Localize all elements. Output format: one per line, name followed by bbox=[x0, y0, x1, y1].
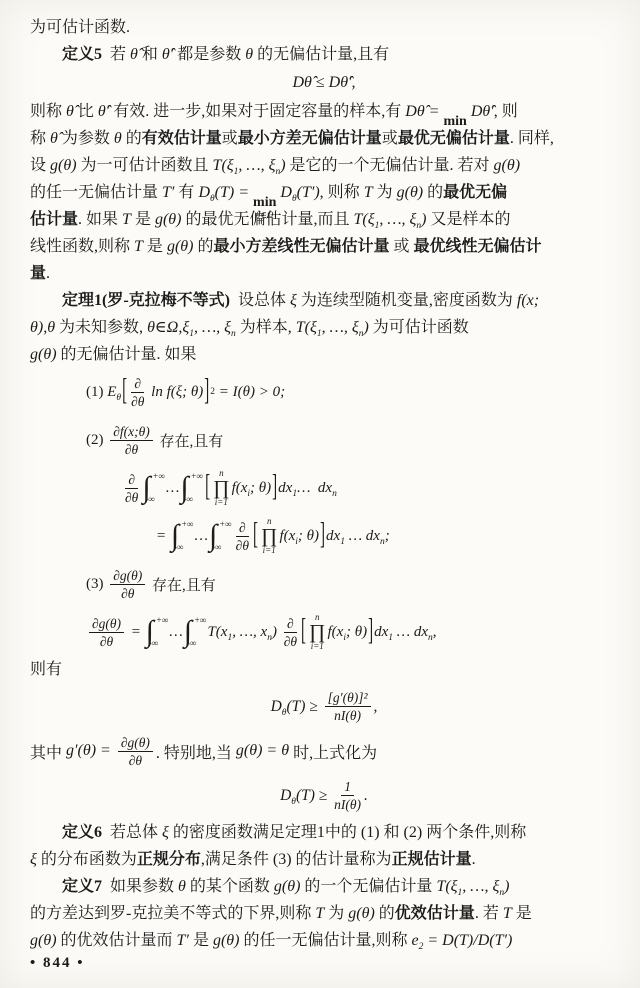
text: 的密度函数满足定理1中的 (1) 和 (2) 两个条件,则称 bbox=[169, 824, 526, 841]
formula-line: Dθ(T) ≥ 1nI(θ). bbox=[30, 772, 618, 819]
math-text: Dθ bbox=[280, 787, 296, 805]
math-text: … dxn bbox=[393, 624, 433, 641]
bold-text: 定义7 bbox=[62, 878, 102, 895]
math-text: (T′) bbox=[297, 184, 320, 201]
math-text: , …, ξn bbox=[194, 319, 236, 336]
text: 是 bbox=[143, 238, 167, 255]
math-text: g(θ) bbox=[155, 211, 182, 228]
math-text: T′ bbox=[177, 932, 189, 949]
math-text: , bbox=[374, 698, 378, 716]
math-text: dx1 bbox=[326, 528, 345, 545]
formula-line: ∂∂θ∫+∞-∞…∫+∞-∞[n∏i=1f(xi; θ)]dx1… dxn bbox=[122, 464, 618, 512]
upper-limit: +∞ bbox=[194, 616, 207, 625]
fraction: ∂∂θ bbox=[125, 472, 138, 505]
math-text: … bbox=[169, 624, 182, 641]
text-line: 定义5 若 θ̂ 和 θ̂′ 都是参数 θ 的无偏估计量,且有 bbox=[30, 41, 618, 68]
math-text: … bbox=[166, 480, 179, 497]
text: 为参数 bbox=[58, 130, 114, 147]
math-text: θ bbox=[245, 46, 253, 63]
bracket: ] bbox=[367, 624, 374, 641]
math-text: ) bbox=[272, 624, 281, 641]
fraction-numerator: ∂ bbox=[284, 616, 297, 633]
math-text: T(ξ1 bbox=[436, 878, 462, 895]
math-text: g′(θ) = bbox=[66, 742, 115, 760]
integral: ∫+∞-∞ bbox=[142, 472, 165, 504]
text: 的优效估计量而 bbox=[57, 932, 177, 949]
document-content: 为可估计函数.定义5 若 θ̂ 和 θ̂′ 都是参数 θ 的无偏估计量,且有Dθ… bbox=[0, 0, 640, 954]
bracket-glyph: ] bbox=[320, 519, 325, 554]
text: (1) bbox=[86, 384, 107, 401]
math-text: ; bbox=[385, 528, 390, 545]
text: 若 bbox=[102, 46, 130, 63]
text: 又是样本的 bbox=[426, 211, 510, 228]
math-text: e2 bbox=[411, 932, 423, 949]
math-text: T(ξ1 bbox=[353, 211, 379, 228]
math-text: θ̂ bbox=[50, 130, 58, 147]
integral-limits: +∞-∞ bbox=[217, 520, 232, 552]
text: 的任一无偏估计量 bbox=[30, 184, 162, 201]
text: . bbox=[46, 265, 50, 282]
fraction: ∂g(θ)∂θ bbox=[89, 616, 124, 649]
fraction-denominator: ∂θ bbox=[121, 585, 134, 601]
text: 则有 bbox=[30, 661, 62, 678]
math-text: ξ bbox=[162, 824, 169, 841]
math-text: g(θ) bbox=[50, 157, 77, 174]
text: 的方差达到罗-克拉美不等式的下界,则称 bbox=[30, 905, 315, 922]
text: 的 bbox=[122, 130, 142, 147]
math-text: ξ bbox=[290, 292, 297, 309]
math-text: ln f(ξ; θ) bbox=[147, 384, 203, 401]
math-text: Dθ̂′ bbox=[467, 103, 494, 120]
math-text: g(θ) bbox=[494, 157, 521, 174]
integral: ∫+∞-∞ bbox=[180, 472, 203, 504]
math-text: dx1 bbox=[278, 480, 297, 497]
fraction-numerator: [g′(θ)]² bbox=[325, 690, 371, 707]
bracket-glyph: [ bbox=[205, 471, 210, 506]
math-text: , …, ξn bbox=[238, 157, 280, 174]
fraction: ∂∂θ bbox=[284, 616, 297, 649]
upper-limit: +∞ bbox=[219, 520, 232, 529]
bracket-glyph: ] bbox=[204, 375, 209, 410]
text: 的最优无偏估计量,而且 bbox=[181, 211, 353, 228]
math-text: Dθ bbox=[276, 184, 296, 201]
bold-text: 优效估计量 bbox=[395, 905, 475, 922]
integral-limits: +∞-∞ bbox=[151, 472, 166, 504]
fraction-numerator: ∂g(θ) bbox=[118, 735, 153, 752]
bold-text: 最优无偏估计量 bbox=[398, 130, 510, 147]
bold-text: 正规分布 bbox=[137, 851, 201, 868]
integral: ∫+∞-∞ bbox=[171, 520, 194, 552]
subscript: 1 bbox=[317, 329, 322, 339]
upper-limit: +∞ bbox=[181, 520, 194, 529]
bold-text: 正规估计量 bbox=[392, 851, 472, 868]
text-line: g(θ) 的优效估计量而 T′ 是 g(θ) 的任一无偏估计量,则称 e2 = … bbox=[30, 927, 618, 954]
bold-text: 最小方差线性无偏估计量 bbox=[213, 238, 389, 255]
math-text: T bbox=[122, 211, 131, 228]
text: 或 bbox=[382, 130, 398, 147]
formula-line: (2) ∂f(x;θ)∂θ 存在,且有 bbox=[86, 416, 618, 464]
fraction-numerator: ∂ bbox=[236, 520, 249, 537]
text-line: 的方差达到罗-克拉美不等式的下界,则称 T 为 g(θ) 的优效估计量. 若 T… bbox=[30, 900, 618, 927]
text: 是它的一个无偏估计量. 若对 bbox=[286, 157, 494, 174]
math-text: = D(T)/D(T′) bbox=[423, 932, 512, 949]
formula-line: (3) ∂g(θ)∂θ 存在,且有 bbox=[86, 560, 618, 608]
text-line: 为可估计函数. bbox=[30, 14, 618, 41]
math-text: g(θ) bbox=[30, 932, 57, 949]
bold-text: 最小方差无偏估计量 bbox=[238, 130, 382, 147]
lower-limit: -∞ bbox=[184, 495, 204, 504]
text-line: 的任一无偏估计量 T′ 有 Dθ(T) = minθ∈Ω Dθ(T′), 则称 … bbox=[30, 179, 618, 206]
text-line: 定义6 若总体 ξ 的密度函数满足定理1中的 (1) 和 (2) 两个条件,则称 bbox=[30, 819, 618, 846]
math-text: θ bbox=[178, 878, 186, 895]
math-text: T bbox=[364, 184, 373, 201]
text: 则称 bbox=[30, 103, 66, 120]
text: 设总体 bbox=[230, 292, 290, 309]
bracket: [ bbox=[252, 528, 259, 545]
math-text: … dxn bbox=[345, 528, 385, 545]
bold-text: 量 bbox=[30, 265, 46, 282]
text: 是 bbox=[512, 905, 532, 922]
product-glyph: ∏ bbox=[213, 478, 229, 498]
math-text: dx1 bbox=[374, 624, 393, 641]
fraction: ∂∂θ bbox=[236, 520, 249, 553]
bold-text: 有效估计量 bbox=[142, 130, 222, 147]
text: 如果参数 bbox=[102, 878, 178, 895]
text: 的任一无偏估计量,则称 bbox=[239, 932, 411, 949]
math-text: (T) ≥ bbox=[286, 698, 321, 716]
integral-limits: +∞-∞ bbox=[192, 616, 207, 648]
text-line: 定理1(罗-克拉梅不等式) 设总体 ξ 为连续型随机变量,密度函数为 f(x; bbox=[30, 287, 618, 314]
math-text: , …, xn bbox=[232, 624, 272, 641]
math-text: f(xi bbox=[232, 480, 250, 497]
math-text: g(θ) bbox=[30, 346, 57, 363]
text: 比 bbox=[74, 103, 98, 120]
text: 或 bbox=[222, 130, 238, 147]
text: 的一个无偏估计量 bbox=[300, 878, 436, 895]
text: (2) bbox=[86, 432, 107, 449]
math-text: f(xi bbox=[279, 528, 297, 545]
text: 为一可估计函数且 bbox=[77, 157, 213, 174]
fraction-denominator: ∂θ bbox=[284, 633, 297, 649]
integral: ∫+∞-∞ bbox=[209, 520, 232, 552]
text: . 特别地,当 bbox=[156, 740, 236, 763]
fraction-denominator: ∂θ bbox=[131, 393, 144, 409]
text: ,满足条件 (3) 的估计量称为 bbox=[201, 851, 392, 868]
product-lower: i=1 bbox=[215, 498, 228, 507]
fraction-numerator: ∂ bbox=[125, 472, 138, 489]
fraction: ∂g(θ)∂θ bbox=[118, 735, 153, 768]
fraction-numerator: ∂g(θ) bbox=[110, 568, 145, 585]
text: 为连续型随机变量,密度函数为 bbox=[297, 292, 517, 309]
math-text: , …, ξn bbox=[379, 211, 421, 228]
text-line: 估计量. 如果 T 是 g(θ) 的最优无偏估计量,而且 T(ξ1, …, ξn… bbox=[30, 206, 618, 233]
math-text: = bbox=[156, 528, 170, 545]
text: . 如果 bbox=[78, 211, 122, 228]
lower-limit: -∞ bbox=[149, 639, 169, 648]
text: 线性函数,则称 bbox=[30, 238, 134, 255]
text: 和 bbox=[138, 46, 162, 63]
text: 是 bbox=[131, 211, 155, 228]
lower-limit: -∞ bbox=[212, 543, 232, 552]
math-text: T bbox=[134, 238, 143, 255]
text: 的分布函数为 bbox=[37, 851, 137, 868]
formula-line: (1) Eθ[∂∂θ ln f(ξ; θ)]2 = I(θ) > 0; bbox=[86, 368, 618, 416]
text: 其中 bbox=[30, 740, 66, 763]
integral-limits: +∞-∞ bbox=[189, 472, 204, 504]
text-line: ξ 的分布函数为正规分布,满足条件 (3) 的估计量称为正规估计量. bbox=[30, 846, 618, 873]
text: , 则 bbox=[494, 103, 518, 120]
math-text: = bbox=[127, 624, 145, 641]
bracket-glyph: ] bbox=[272, 471, 277, 506]
fraction-numerator: 1 bbox=[341, 779, 354, 796]
subscript: n bbox=[332, 489, 337, 499]
math-text: ξ bbox=[30, 851, 37, 868]
text-line: g(θ) 的无偏估计量. 如果 bbox=[30, 341, 618, 368]
text-line: 定义7 如果参数 θ 的某个函数 g(θ) 的一个无偏估计量 T(ξ1, …, … bbox=[30, 873, 618, 900]
upper-limit: +∞ bbox=[153, 472, 166, 481]
text: 的 bbox=[375, 905, 395, 922]
math-text: g(θ) bbox=[213, 932, 240, 949]
text: 的无偏估计量,且有 bbox=[253, 46, 389, 63]
math-text: θ),θ bbox=[30, 319, 55, 336]
fraction-numerator: ∂ bbox=[131, 376, 144, 393]
fraction-numerator: ∂g(θ) bbox=[89, 616, 124, 633]
math-text: T′ bbox=[162, 184, 174, 201]
fraction-denominator: nI(θ) bbox=[334, 707, 361, 723]
text: 或 bbox=[389, 238, 413, 255]
product-lower: i=1 bbox=[263, 546, 276, 555]
text: 为 bbox=[373, 184, 397, 201]
fraction: ∂g(θ)∂θ bbox=[110, 568, 145, 601]
text: (3) bbox=[86, 576, 107, 593]
math-text: θ̂ bbox=[66, 103, 74, 120]
math-text: g(θ) = θ bbox=[236, 742, 289, 760]
fraction: [g′(θ)]²nI(θ) bbox=[325, 690, 371, 723]
math-text: , …, ξn bbox=[322, 319, 364, 336]
bracket: ] bbox=[271, 480, 278, 497]
product-operator: n∏i=1 bbox=[213, 469, 229, 507]
math-text: Dθ̂ = bbox=[405, 103, 443, 120]
text-line: 量. bbox=[30, 260, 618, 287]
math-text: f(x; bbox=[517, 292, 539, 309]
text: 为样本, bbox=[236, 319, 296, 336]
text: , 则称 bbox=[320, 184, 364, 201]
bold-text: 定义5 bbox=[62, 46, 102, 63]
text: . bbox=[472, 851, 476, 868]
upper-limit: +∞ bbox=[156, 616, 169, 625]
text-line: 其中 g′(θ) = ∂g(θ)∂θ. 特别地,当 g(θ) = θ 时,上式化… bbox=[30, 730, 618, 772]
lower-limit: -∞ bbox=[187, 639, 207, 648]
product-operator: n∏i=1 bbox=[309, 613, 325, 651]
fraction: 1nI(θ) bbox=[334, 779, 361, 812]
bracket-glyph: [ bbox=[253, 519, 258, 554]
math-text: g(θ) bbox=[274, 878, 301, 895]
bold-text: 估计量 bbox=[30, 211, 78, 228]
text: 时,上式化为 bbox=[289, 740, 377, 763]
math-text: g(θ) bbox=[348, 905, 375, 922]
fraction-denominator: ∂θ bbox=[129, 752, 142, 768]
text: 称 bbox=[30, 130, 50, 147]
text-line: 则称 θ̂ 比 θ̂′ 有效. 进一步,如果对于固定容量的样本,有 Dθ̂ = … bbox=[30, 98, 618, 125]
formula-line: = ∫+∞-∞…∫+∞-∞∂∂θ[n∏i=1f(xi; θ)]dx1 … dxn… bbox=[156, 512, 618, 560]
math-text: Dθ bbox=[271, 698, 287, 716]
fraction-denominator: ∂θ bbox=[125, 441, 138, 457]
bracket: [ bbox=[204, 480, 211, 497]
math-text: = I(θ) > 0; bbox=[215, 384, 285, 401]
text: 有效. 进一步,如果对于固定容量的样本,有 bbox=[109, 103, 405, 120]
math-text: ; θ) bbox=[250, 480, 271, 497]
math-text: Eθ bbox=[107, 384, 121, 401]
math-text: Dθ bbox=[198, 184, 214, 201]
math-text: Dθ̂ ≤ Dθ̂′, bbox=[292, 74, 355, 91]
math-text: (T) ≥ bbox=[296, 787, 331, 805]
math-text: T(ξ1 bbox=[213, 157, 239, 174]
text: 的 bbox=[423, 184, 443, 201]
product-glyph: ∏ bbox=[261, 526, 277, 546]
fraction: ∂f(x;θ)∂θ bbox=[110, 424, 153, 457]
math-text: (T) = bbox=[215, 184, 253, 201]
bold-text: 最优无偏 bbox=[443, 184, 507, 201]
lower-limit: -∞ bbox=[174, 543, 194, 552]
bracket: ] bbox=[319, 528, 326, 545]
text: 的 bbox=[193, 238, 213, 255]
integral: ∫+∞-∞ bbox=[146, 616, 169, 648]
math-text: , …, ξn bbox=[462, 878, 504, 895]
math-text: f(xi bbox=[327, 624, 345, 641]
bracket: [ bbox=[121, 384, 128, 401]
fraction-denominator: nI(θ) bbox=[334, 796, 361, 812]
math-text: T(x1 bbox=[207, 624, 232, 641]
text: 的某个函数 bbox=[186, 878, 274, 895]
fraction: ∂∂θ bbox=[131, 376, 144, 409]
formula-line: Dθ(T) ≥ [g′(θ)]²nI(θ), bbox=[30, 683, 618, 730]
math-text: T bbox=[315, 905, 324, 922]
math-text: θ∈Ω,ξ1 bbox=[147, 319, 194, 336]
text: 设 bbox=[30, 157, 50, 174]
text: 是 bbox=[189, 932, 213, 949]
text: 若总体 bbox=[102, 824, 162, 841]
math-text: θ̂ bbox=[130, 46, 138, 63]
text: 为可估计函数 bbox=[369, 319, 469, 336]
integral-limits: +∞-∞ bbox=[154, 616, 169, 648]
text-line: 称 θ̂ 为参数 θ 的有效估计量或最小方差无偏估计量或最优无偏估计量. 同样, bbox=[30, 125, 618, 152]
bracket: [ bbox=[300, 624, 307, 641]
math-text: g(θ) bbox=[397, 184, 424, 201]
upper-limit: +∞ bbox=[191, 472, 204, 481]
formula-line: Dθ̂ ≤ Dθ̂′, bbox=[30, 68, 618, 98]
bracket: ]2 bbox=[203, 384, 215, 401]
math-text: ; θ) bbox=[298, 528, 319, 545]
product-operator: n∏i=1 bbox=[261, 517, 277, 555]
text: 为未知参数, bbox=[55, 319, 147, 336]
text-line: 线性函数,则称 T 是 g(θ) 的最小方差线性无偏估计量 或 最优线性无偏估计 bbox=[30, 233, 618, 260]
page-number: • 844 • bbox=[30, 955, 85, 972]
bracket-glyph: [ bbox=[301, 615, 306, 650]
bold-text: 最优线性无偏估计 bbox=[414, 238, 542, 255]
math-text: g(θ) bbox=[167, 238, 194, 255]
math-text: ) bbox=[504, 878, 509, 895]
text-line: θ),θ 为未知参数, θ∈Ω,ξ1, …, ξn 为样本, T(ξ1, …, … bbox=[30, 314, 618, 341]
text: 为可估计函数. bbox=[30, 19, 130, 36]
math-text: … bbox=[195, 528, 208, 545]
text: 有 bbox=[174, 184, 198, 201]
text: 为 bbox=[324, 905, 348, 922]
text: 都是参数 bbox=[173, 46, 245, 63]
fraction-numerator: ∂f(x;θ) bbox=[110, 424, 153, 441]
text-line: 设 g(θ) 为一可估计函数且 T(ξ1, …, ξn) 是它的一个无偏估计量.… bbox=[30, 152, 618, 179]
fraction-denominator: ∂θ bbox=[125, 489, 138, 505]
product-lower: i=1 bbox=[311, 642, 324, 651]
math-text: θ bbox=[114, 130, 122, 147]
text: 的无偏估计量. 如果 bbox=[57, 346, 197, 363]
product-glyph: ∏ bbox=[309, 622, 325, 642]
text: 存在,且有 bbox=[148, 574, 216, 595]
math-text: T(ξ1 bbox=[296, 319, 322, 336]
fraction-denominator: ∂θ bbox=[100, 633, 113, 649]
math-text: , bbox=[433, 624, 437, 641]
text: 存在,且有 bbox=[156, 430, 224, 451]
math-text: θ̂′ bbox=[98, 103, 109, 120]
lower-limit: -∞ bbox=[146, 495, 166, 504]
bracket-glyph: ] bbox=[368, 615, 373, 650]
text: . 同样, bbox=[510, 130, 554, 147]
integral-limits: +∞-∞ bbox=[179, 520, 194, 552]
math-text: ; θ) bbox=[346, 624, 367, 641]
bold-text: 定理1(罗-克拉梅不等式) bbox=[62, 292, 230, 309]
math-text: . bbox=[364, 787, 368, 805]
bold-text: 定义6 bbox=[62, 824, 102, 841]
math-text: θ̂′ bbox=[162, 46, 173, 63]
formula-line: ∂g(θ)∂θ = ∫+∞-∞…∫+∞-∞T(x1, …, xn) ∂∂θ[n∏… bbox=[86, 608, 618, 656]
bracket-glyph: [ bbox=[122, 375, 127, 410]
text: . 若 bbox=[475, 905, 503, 922]
scanned-book-page: 为可估计函数.定义5 若 θ̂ 和 θ̂′ 都是参数 θ 的无偏估计量,且有Dθ… bbox=[0, 0, 640, 988]
text-line: 则有 bbox=[30, 656, 618, 683]
math-text: T bbox=[503, 905, 512, 922]
math-text: … dxn bbox=[297, 480, 337, 497]
integral: ∫+∞-∞ bbox=[184, 616, 207, 648]
fraction-denominator: ∂θ bbox=[236, 537, 249, 553]
